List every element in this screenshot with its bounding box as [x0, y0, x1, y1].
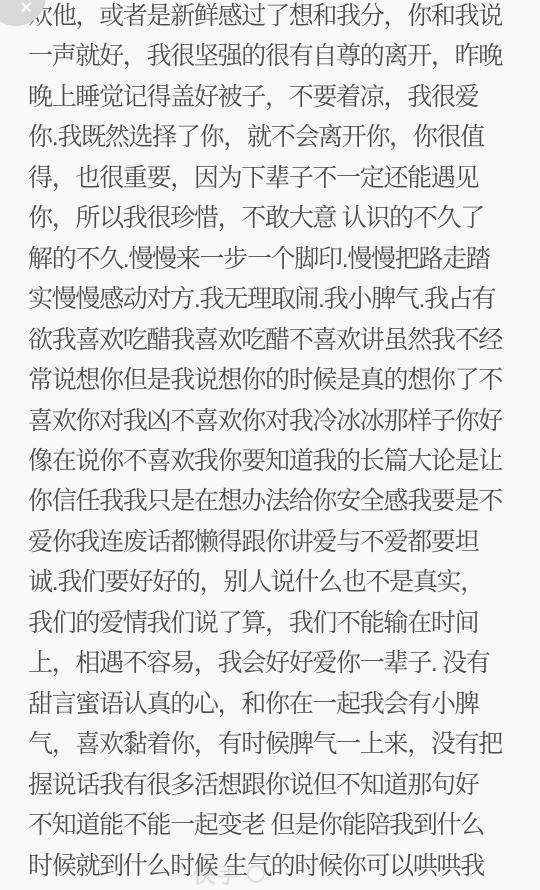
text-line: 常说想你但是我说想你的时候是真的想你了不: [28, 360, 540, 400]
text-line: 气，喜欢黏着你，有时候脾气一上来，没有把: [28, 724, 540, 764]
text-line: 时候就到什么时候 生气的时候你可以哄哄我: [28, 846, 540, 886]
text-line: 一声就好，我很坚强的很有自尊的离开，昨晚: [28, 36, 540, 76]
text-line: 欲我喜欢吃醋我喜欢吃醋不喜欢讲虽然我不经: [28, 320, 540, 360]
image-viewer-screen: ✕ 快手 欢他，或者是新鲜感过了想和我分，你和我说一声就好，我很坚强的很有自尊的…: [0, 0, 540, 890]
text-line: 握说话我有很多活想跟你说但不知道那句好: [28, 765, 540, 805]
text-line: 诚.我们要好好的，别人说什么也不是真实，: [28, 562, 540, 602]
text-line: 实慢慢感动对方.我无理取闹.我小脾气.我占有: [28, 279, 540, 319]
text-line: 像在说你不喜欢我你要知道我的长篇大论是让: [28, 441, 540, 481]
message-text: 欢他，或者是新鲜感过了想和我分，你和我说一声就好，我很坚强的很有自尊的离开，昨晚…: [0, 0, 540, 886]
text-line: 上，相遇不容易，我会好好爱你一辈子. 没有: [28, 643, 540, 683]
close-icon: ✕: [20, 1, 33, 17]
text-line: 甜言蜜语认真的心，和你在一起我会有小脾: [28, 684, 540, 724]
text-line: 不知道能不能一起变老 但是你能陪我到什么: [28, 805, 540, 845]
text-line: 爱你我连废话都懒得跟你讲爱与不爱都要坦: [28, 522, 540, 562]
text-line: 解的不久.慢慢来一步一个脚印.慢慢把路走踏: [28, 239, 540, 279]
text-line: 你，所以我很珍惜，不敢大意 认识的不久了: [28, 198, 540, 238]
text-line: 晚上睡觉记得盖好被子，不要着凉，我很爱: [28, 77, 540, 117]
text-line: 喜欢你对我凶不喜欢你对我冷冰冰那样子你好: [28, 401, 540, 441]
text-line: 得，也很重要，因为下辈子不一定还能遇见: [28, 158, 540, 198]
text-line: 你信任我我只是在想办法给你安全感我要是不: [28, 481, 540, 521]
text-line: 你.我既然选择了你，就不会离开你，你很值: [28, 117, 540, 157]
text-line: 欢他，或者是新鲜感过了想和我分，你和我说: [28, 0, 540, 36]
text-line: 我们的爱情我们说了算，我们不能输在时间: [28, 603, 540, 643]
